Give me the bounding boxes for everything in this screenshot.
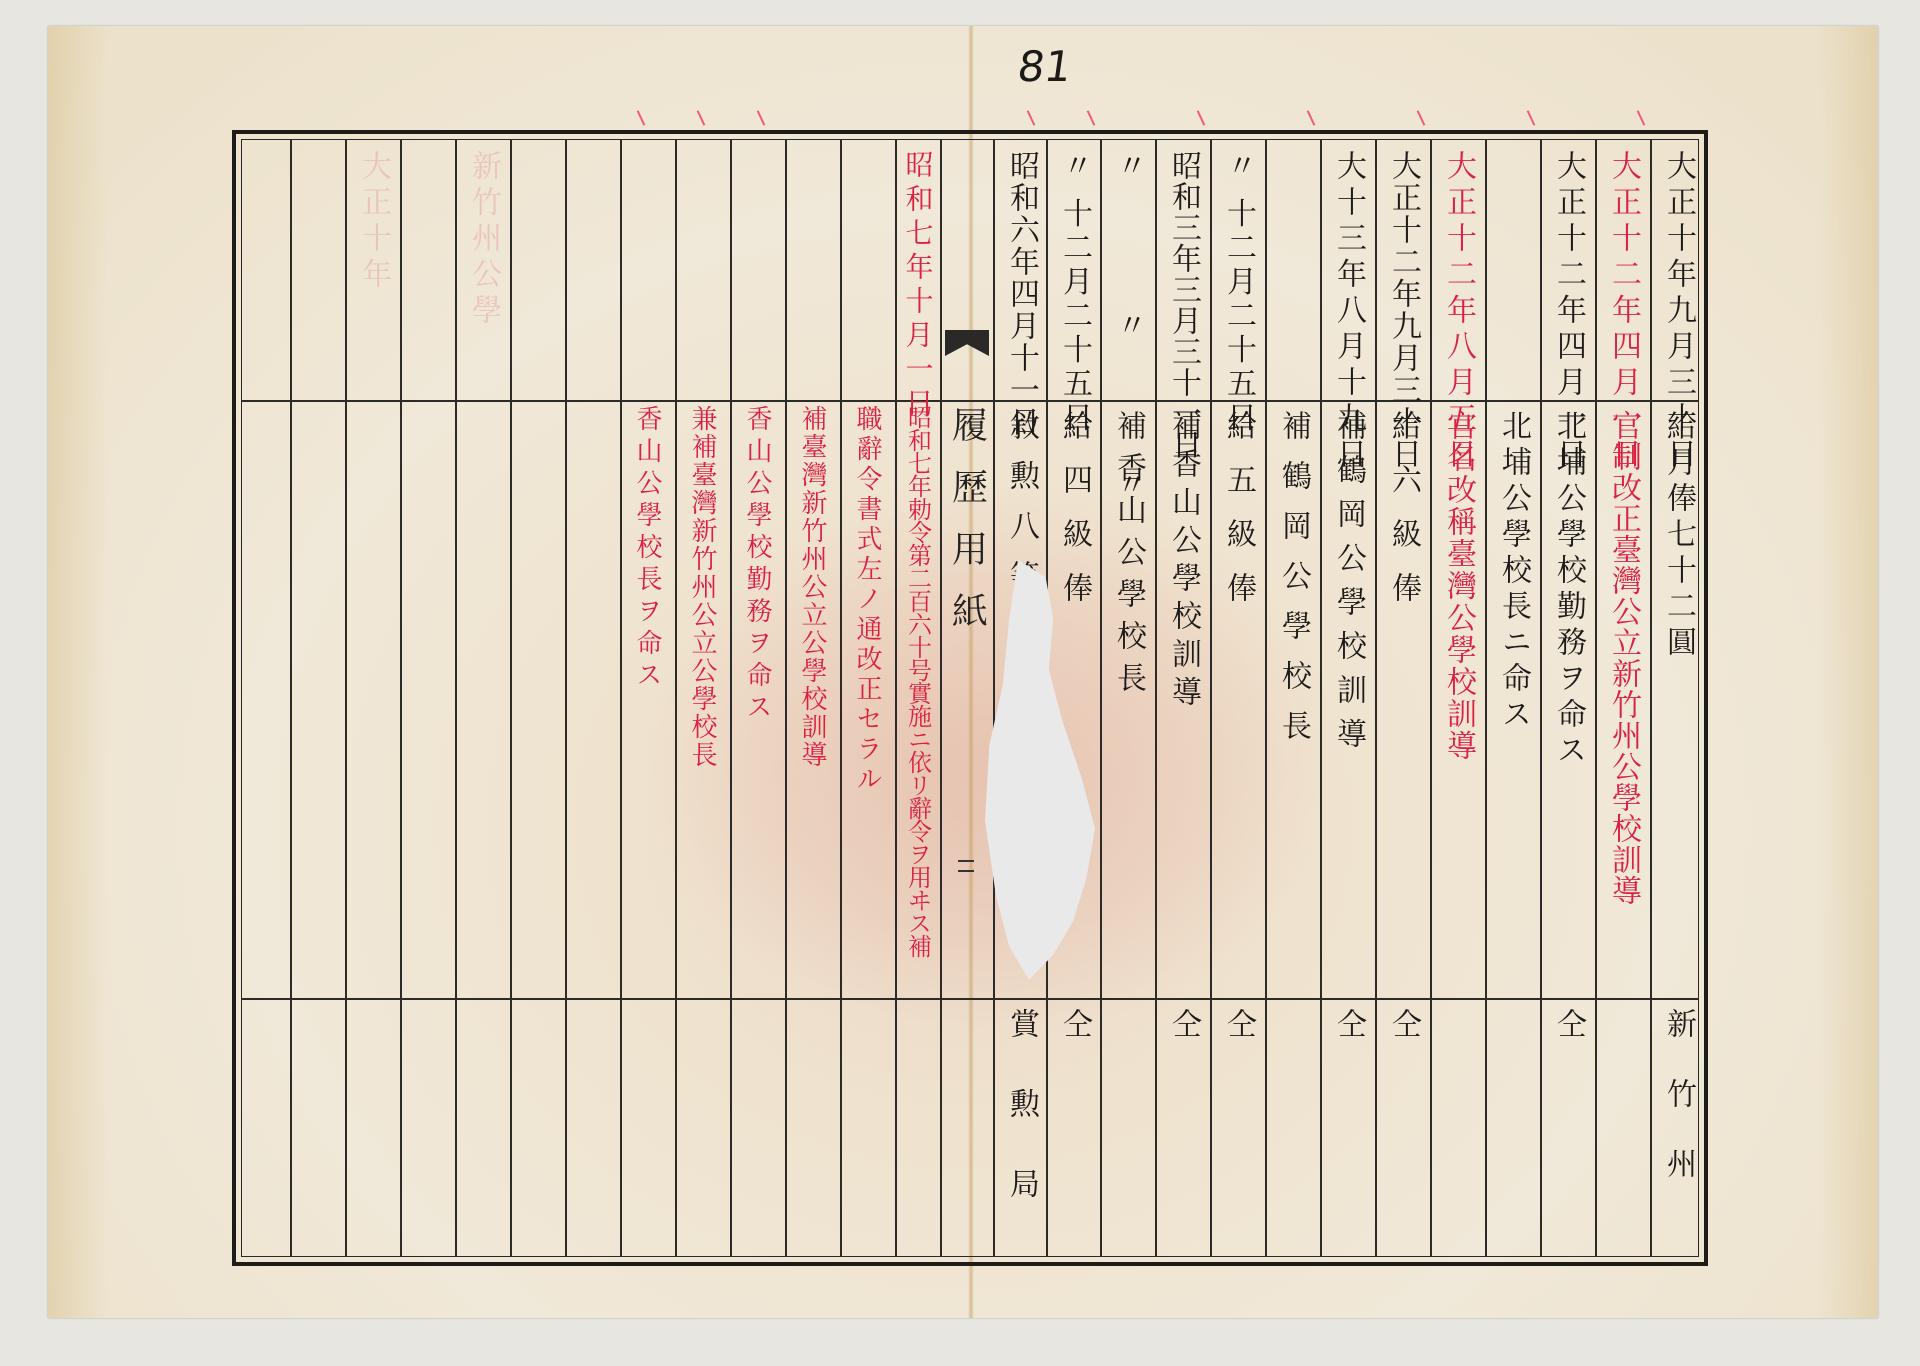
record-issuer: 仝 xyxy=(1321,1008,1375,1044)
paper-aging-left xyxy=(48,26,108,1318)
paper-aging-right xyxy=(1818,26,1878,1318)
column-rule xyxy=(345,139,347,1257)
record-date: 〃 十二月二十五日 xyxy=(1211,150,1265,436)
fishtail-mark-icon xyxy=(945,330,989,356)
record-entry: 香山公學校長ヲ命ス xyxy=(620,405,674,693)
bleedthrough-text: 新竹州公學 xyxy=(456,150,510,330)
record-entry: 北埔公學校勤務ヲ命ス xyxy=(1541,410,1595,770)
record-entry: 給月俸七十二圓 xyxy=(1651,410,1705,662)
record-issuer: 新竹州 xyxy=(1651,1008,1705,1218)
record-entry: 昭和七年勅令第二百六十号實施ニ依リ辭令ヲ用ヰス補 xyxy=(895,405,940,957)
column-rule xyxy=(290,139,292,1257)
record-issuer: 仝 xyxy=(1156,1008,1210,1044)
record-entry: 官名改稱臺灣公學校訓導 xyxy=(1431,410,1485,762)
record-entry: 官制改正臺灣公立新竹州公學校訓導 xyxy=(1596,410,1650,906)
column-rule xyxy=(400,139,402,1257)
record-date: 昭和六年四月十一日 xyxy=(994,150,1048,438)
record-date: 昭和七年十月一日 xyxy=(895,150,940,422)
issuer-row-divider xyxy=(241,998,1699,1000)
record-entry: 給五級俸 xyxy=(1211,410,1265,626)
record-entry: 補臺灣新竹州公立公學校訓導 xyxy=(785,405,839,769)
record-issuer: 仝 xyxy=(1211,1008,1265,1044)
record-issuer: 仝 xyxy=(1541,1008,1595,1044)
page-number: 81 xyxy=(1015,42,1075,91)
record-entry: 補香山公學校訓導 xyxy=(1156,410,1210,714)
spine-double-bar xyxy=(958,860,974,872)
record-entry: 補香山公學校長 xyxy=(1101,410,1155,704)
record-date: 〃 十二月二十五日 xyxy=(1047,150,1101,436)
record-entry: 兼補臺灣新竹州公立公學校長 xyxy=(675,405,729,769)
record-issuer: 賞勲局 xyxy=(994,1008,1048,1248)
record-issuer: 仝 xyxy=(1047,1008,1101,1044)
bleedthrough-text: 大正十年 xyxy=(346,150,400,294)
record-entry: 職辭令書式左ノ通改正セラル xyxy=(840,405,894,795)
record-entry: 補鶴岡公學校訓導 xyxy=(1321,410,1375,762)
record-entry: 給六級俸 xyxy=(1376,410,1430,626)
form-title: 履歷用紙 xyxy=(943,330,991,654)
column-rule xyxy=(620,139,622,1257)
record-entry: 香山公學校勤務ヲ命ス xyxy=(730,405,784,725)
column-rule xyxy=(510,139,512,1257)
record-issuer: 仝 xyxy=(1376,1008,1430,1044)
record-entry: 北埔公學校長ニ命ス xyxy=(1486,410,1540,734)
column-rule xyxy=(565,139,567,1257)
record-entry: 補鶴岡公學校長 xyxy=(1266,410,1320,760)
record-entry: 給四級俸 xyxy=(1047,410,1101,626)
